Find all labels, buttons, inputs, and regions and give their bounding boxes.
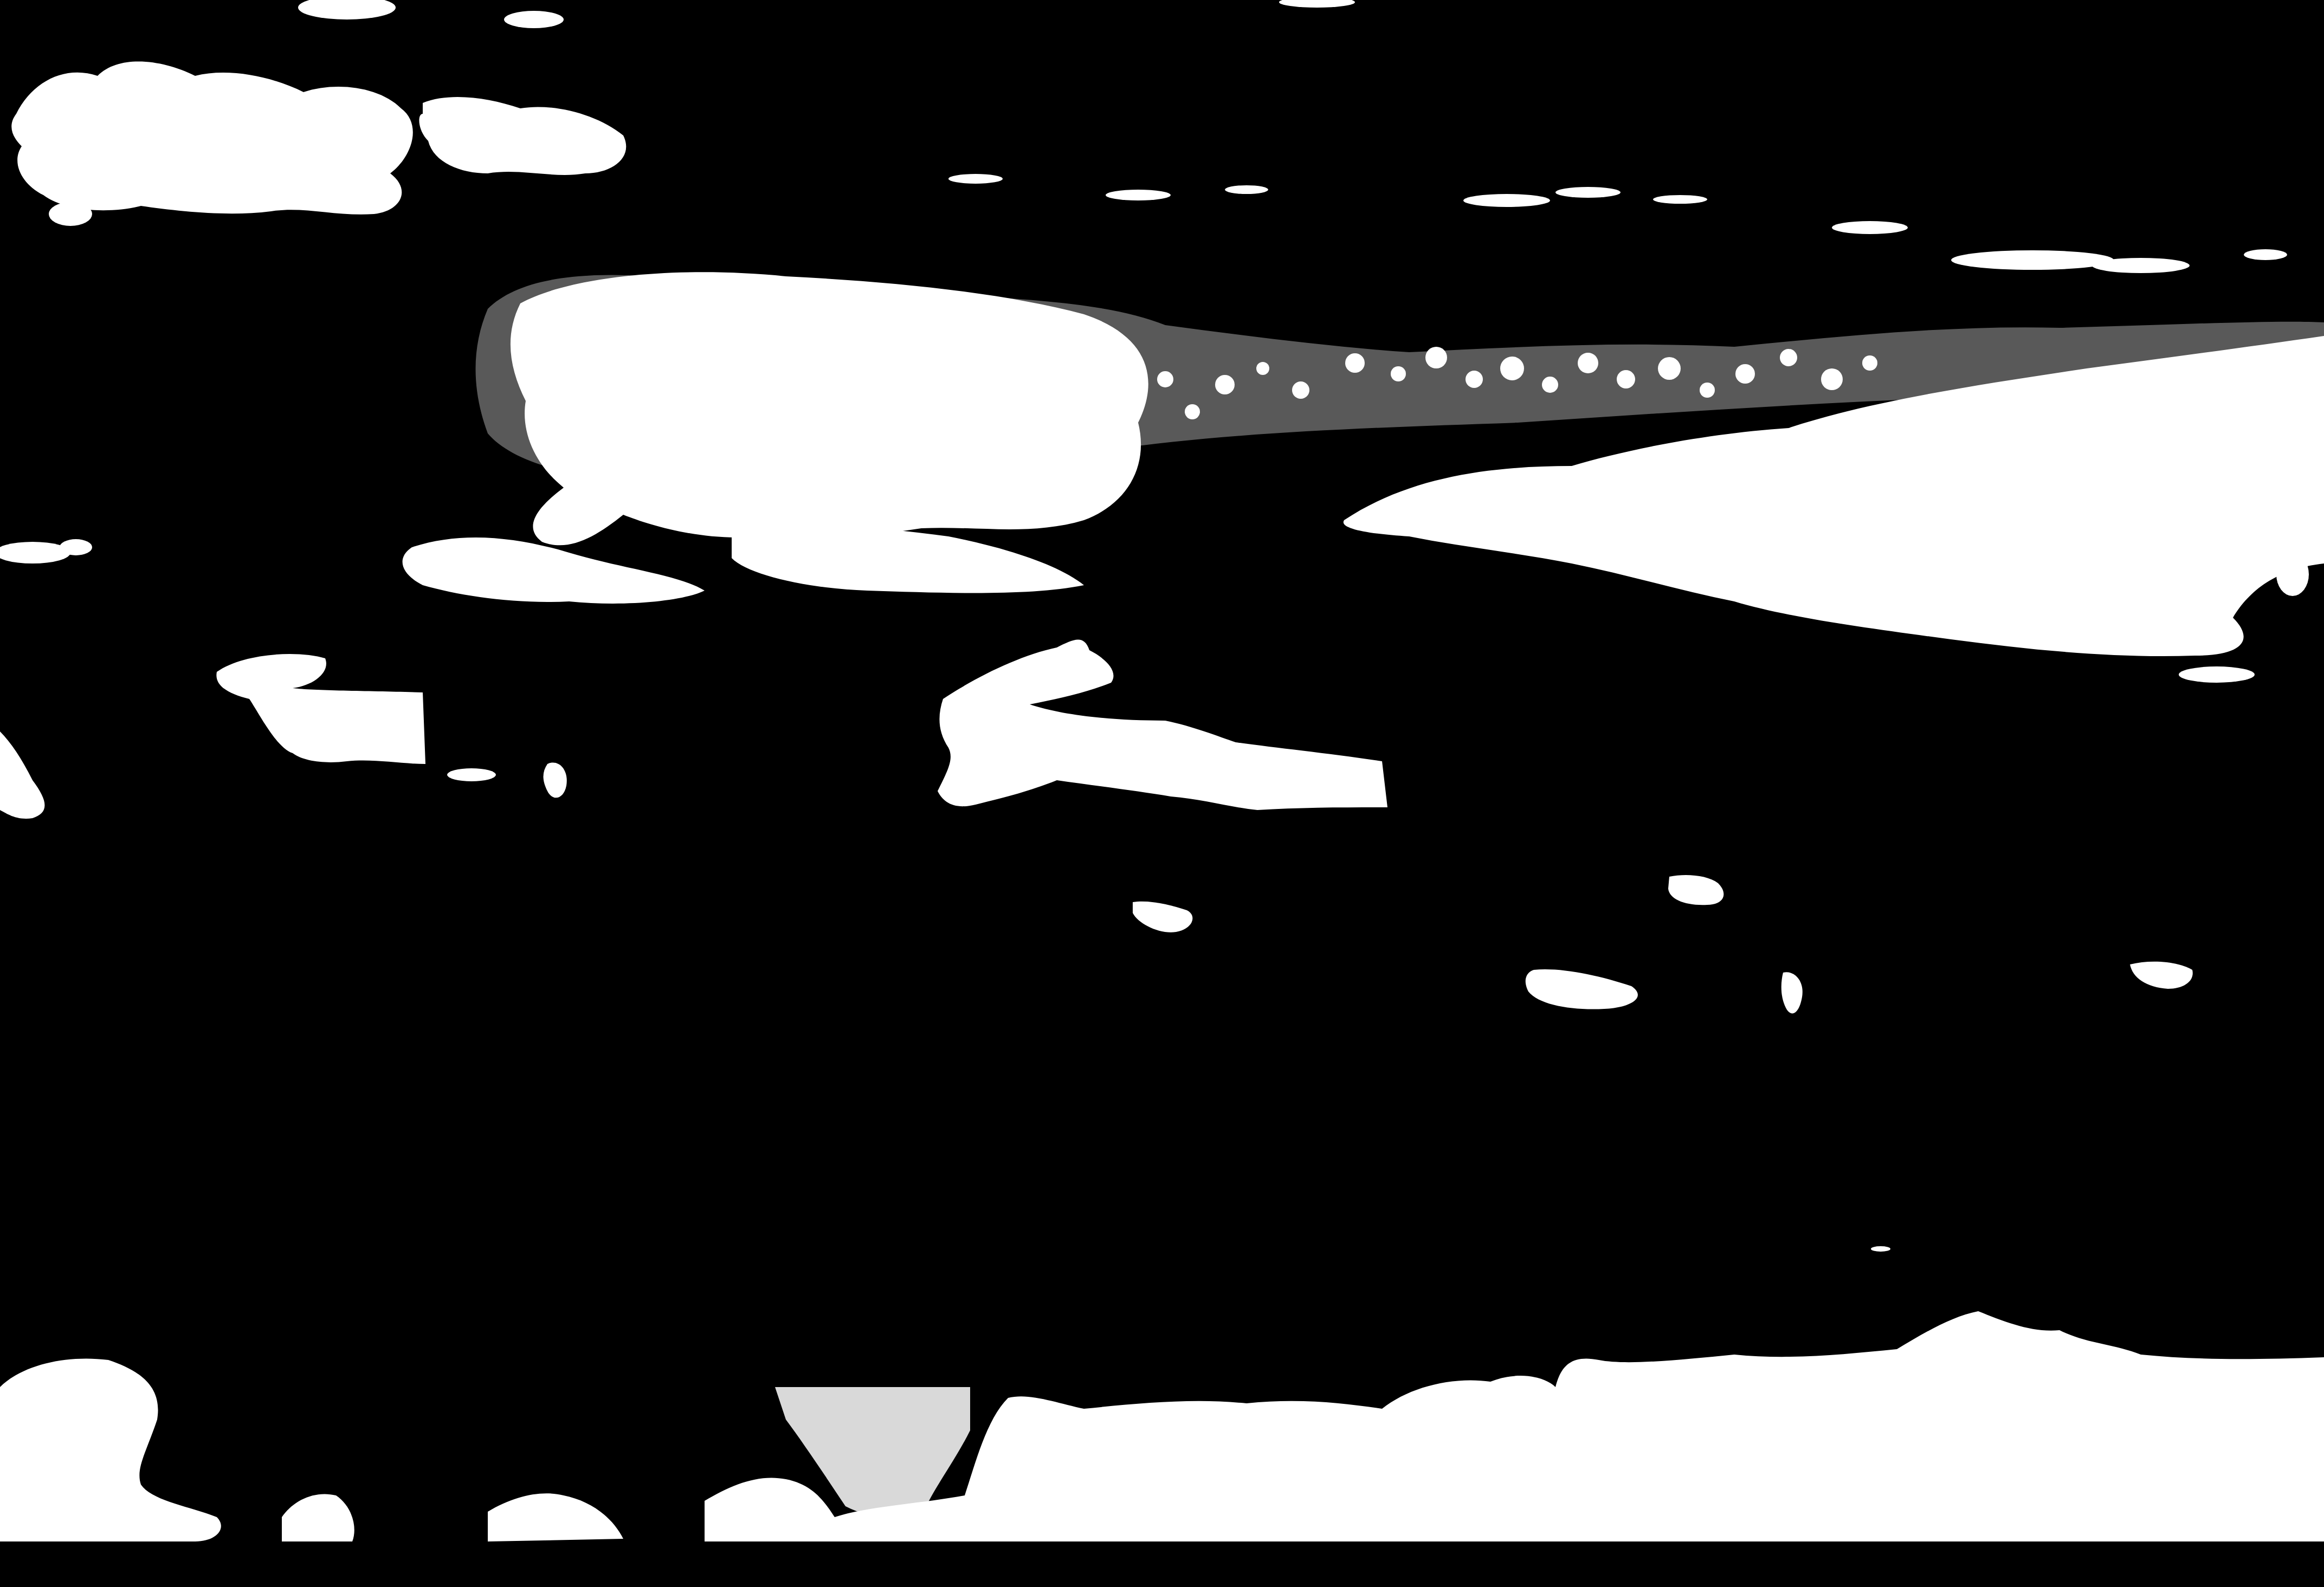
segmentation-mask	[0, 0, 2324, 1587]
